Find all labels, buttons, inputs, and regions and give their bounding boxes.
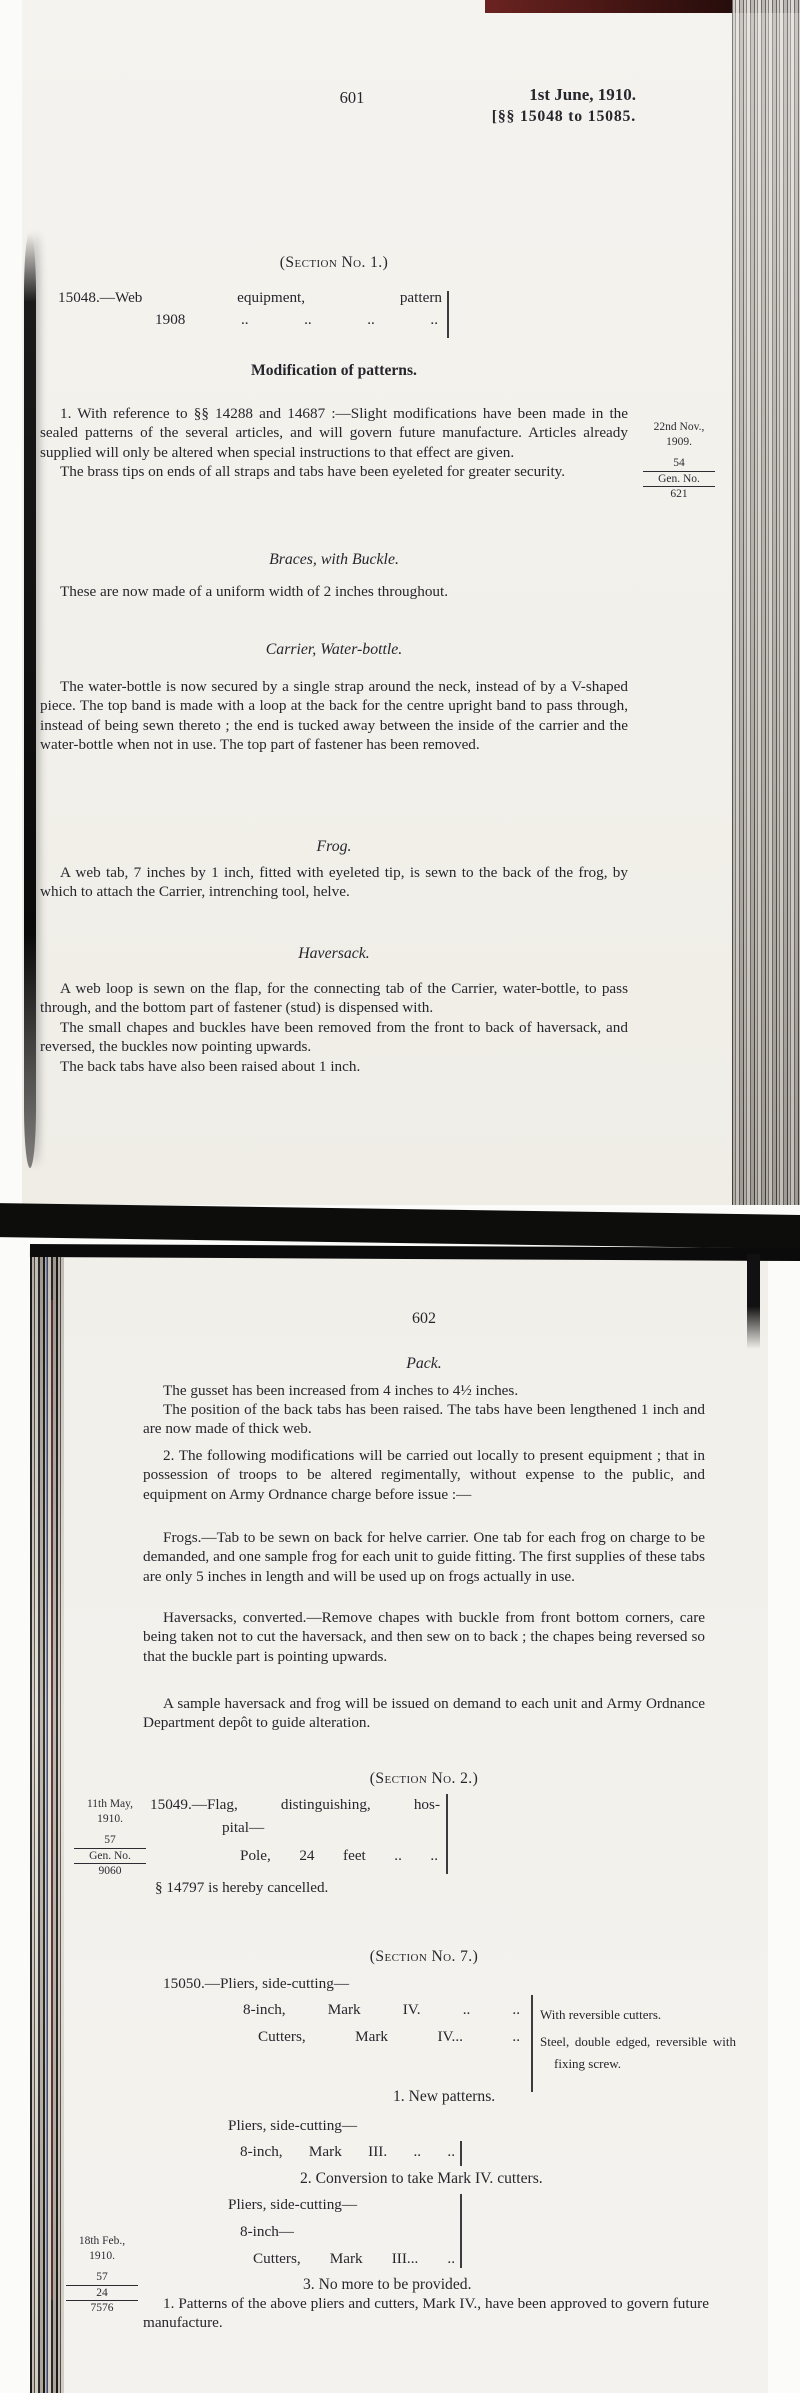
ref-number-2: 24 [66, 2286, 138, 2302]
margin-date-line2: 1910. [64, 2249, 140, 2264]
haversack-paragraphs: A web loop is sewn on the flap, for the … [40, 979, 628, 1076]
paragraph-modifications: 1. With reference to §§ 14288 and 14687 … [40, 404, 628, 482]
frog-heading: Frog. [40, 838, 628, 856]
braces-paragraph: These are now made of a uniform width of… [40, 582, 628, 601]
page-number: 602 [143, 1310, 705, 1328]
item-3-no-more: 3. No more to be provided. [303, 2276, 471, 2294]
entry-15050-mk4-cutters: Cutters, Mark IV... .. [258, 2028, 520, 2046]
entry-15048-line2: 1908 .. .. .. .. [155, 311, 438, 329]
page-602-corner-shadow [747, 1254, 760, 1349]
braces-text: These are now made of a uniform width of… [40, 582, 628, 601]
section-2-heading: (Section No. 2.) [143, 1770, 705, 1788]
margin-reference: 57 24 7576 [66, 2270, 138, 2316]
margin-date-line1: 11th May, [70, 1797, 150, 1812]
entry-pliers-2-head: Pliers, side-cutting— [228, 2117, 357, 2135]
margin-note-7576: 18th Feb., 1910. 57 24 7576 [64, 2234, 140, 2316]
ref-number-bottom: 9060 [74, 1864, 146, 1879]
notes-rule [531, 1995, 533, 2092]
section-range-header: [§§ 15048 to 15085. [418, 108, 636, 126]
margin-note-gen-621: 22nd Nov., 1909. 54 Gen. No. 621 [636, 420, 722, 502]
page-edge-blue-line [46, 1257, 48, 2393]
entry-rule [447, 291, 449, 338]
page-number: 601 [322, 88, 382, 108]
haversack-text-3: The back tabs have also been raised abou… [40, 1057, 628, 1076]
section-1-heading: (Section No. 1.) [40, 254, 628, 272]
haversack-text-2: The small chapes and buckles have been r… [40, 1018, 628, 1057]
entry-15049-line1: 15049.—Flag, distinguishing, hos- [150, 1796, 440, 1814]
entry-mk3-pliers: 8-inch, Mark III. .. .. [240, 2143, 455, 2161]
carrier-paragraph: The water-bottle is now secured by a sin… [40, 677, 628, 755]
entry-15049-line3: Pole, 24 feet .. .. [240, 1847, 438, 1865]
final-paragraph: 1. Patterns of the above pliers and cutt… [143, 2294, 709, 2333]
section-7-heading: (Section No. 7.) [143, 1948, 705, 1966]
pack-paragraph-2: The position of the back tabs has been r… [143, 1400, 705, 1439]
entry-rule [460, 2141, 462, 2166]
entry-15048-line1: 15048.—Web equipment, pattern [58, 289, 442, 307]
carrier-heading: Carrier, Water-bottle. [40, 641, 628, 659]
paragraph-2-modifications: 2. The following modifications will be c… [143, 1446, 705, 1504]
sample-text: A sample haversack and frog will be issu… [143, 1694, 705, 1733]
entry-pliers-3-size: 8-inch— [240, 2223, 294, 2241]
ref-number-1: 57 [66, 2270, 138, 2286]
sample-paragraph: A sample haversack and frog will be issu… [143, 1694, 705, 1733]
margin-date-line2: 1910. [70, 1812, 150, 1827]
haversack-heading: Haversack. [40, 945, 628, 963]
final-paragraph-text: 1. Patterns of the above pliers and cutt… [143, 2294, 709, 2333]
cancel-note: § 14797 is hereby cancelled. [155, 1879, 328, 1897]
margin-date-line2: 1909. [636, 435, 722, 450]
page-edge-red-line [51, 1300, 53, 2300]
page-edges-texture-right [732, 0, 800, 1205]
entry-15050-head: 15050.—Pliers, side-cutting— [163, 1975, 349, 1993]
scanned-document-spread: 601 1st June, 1910. [§§ 15048 to 15085. … [0, 0, 800, 2393]
scan-separator-band [0, 1203, 800, 1249]
ref-gen-label: Gen. No. [74, 1849, 146, 1865]
ref-number-top: 57 [74, 1833, 146, 1849]
item-2-conversion: 2. Conversion to take Mark IV. cutters. [300, 2170, 543, 2188]
binding-shadow-artifact [24, 232, 36, 1168]
paragraph-1a: 1. With reference to §§ 14288 and 14687 … [40, 404, 628, 462]
paragraph-1b: The brass tips on ends of all straps and… [40, 462, 628, 481]
margin-reference: 57 Gen. No. 9060 [74, 1833, 146, 1879]
note-reversible-cutters: With reversible cutters. [540, 2004, 726, 2026]
entry-mk3-cutters: Cutters, Mark III... .. [253, 2250, 455, 2268]
margin-date-line1: 22nd Nov., [636, 420, 722, 435]
note-steel-double-edged: Steel, double edged, reversible with fix… [540, 2031, 736, 2074]
carrier-text: The water-bottle is now secured by a sin… [40, 677, 628, 755]
entry-pliers-3-head: Pliers, side-cutting— [228, 2196, 357, 2214]
margin-date-line1: 18th Feb., [64, 2234, 140, 2249]
margin-reference: 54 Gen. No. 621 [643, 456, 715, 502]
haversacks-converted-text: Haversacks, converted.—Remove chapes wit… [143, 1608, 705, 1666]
pack-text-2: The position of the back tabs has been r… [143, 1400, 705, 1439]
haversack-text-1: A web loop is sewn on the flap, for the … [40, 979, 628, 1018]
paragraph-2-text: 2. The following modifications will be c… [143, 1446, 705, 1504]
pack-paragraph-1: The gusset has been increased from 4 inc… [143, 1381, 705, 1400]
frogs-paragraph: Frogs.—Tab to be sewn on back for helve … [143, 1528, 705, 1586]
pack-heading: Pack. [143, 1355, 705, 1373]
modification-subheading: Modification of patterns. [40, 362, 628, 380]
entry-15050-mk4-pliers: 8-inch, Mark IV. .. .. [243, 2001, 520, 2019]
entry-rule [460, 2194, 462, 2268]
margin-note-gen-9060: 11th May, 1910. 57 Gen. No. 9060 [70, 1797, 150, 1879]
pack-text-1: The gusset has been increased from 4 inc… [143, 1381, 705, 1400]
item-1-new-patterns: 1. New patterns. [393, 2088, 495, 2106]
frog-paragraph: A web tab, 7 inches by 1 inch, fitted wi… [40, 863, 628, 902]
ref-gen-label: Gen. No. [643, 472, 715, 488]
date-header: 1st June, 1910. [420, 85, 636, 105]
ref-number-top: 54 [643, 456, 715, 472]
entry-15049-line2: pital— [222, 1819, 264, 1837]
entry-rule [446, 1794, 448, 1874]
frogs-text: Frogs.—Tab to be sewn on back for helve … [143, 1528, 705, 1586]
braces-heading: Braces, with Buckle. [40, 551, 628, 569]
haversacks-converted-paragraph: Haversacks, converted.—Remove chapes wit… [143, 1608, 705, 1666]
frog-text: A web tab, 7 inches by 1 inch, fitted wi… [40, 863, 628, 902]
ref-number-3: 7576 [66, 2301, 138, 2316]
ref-number-bottom: 621 [643, 487, 715, 502]
